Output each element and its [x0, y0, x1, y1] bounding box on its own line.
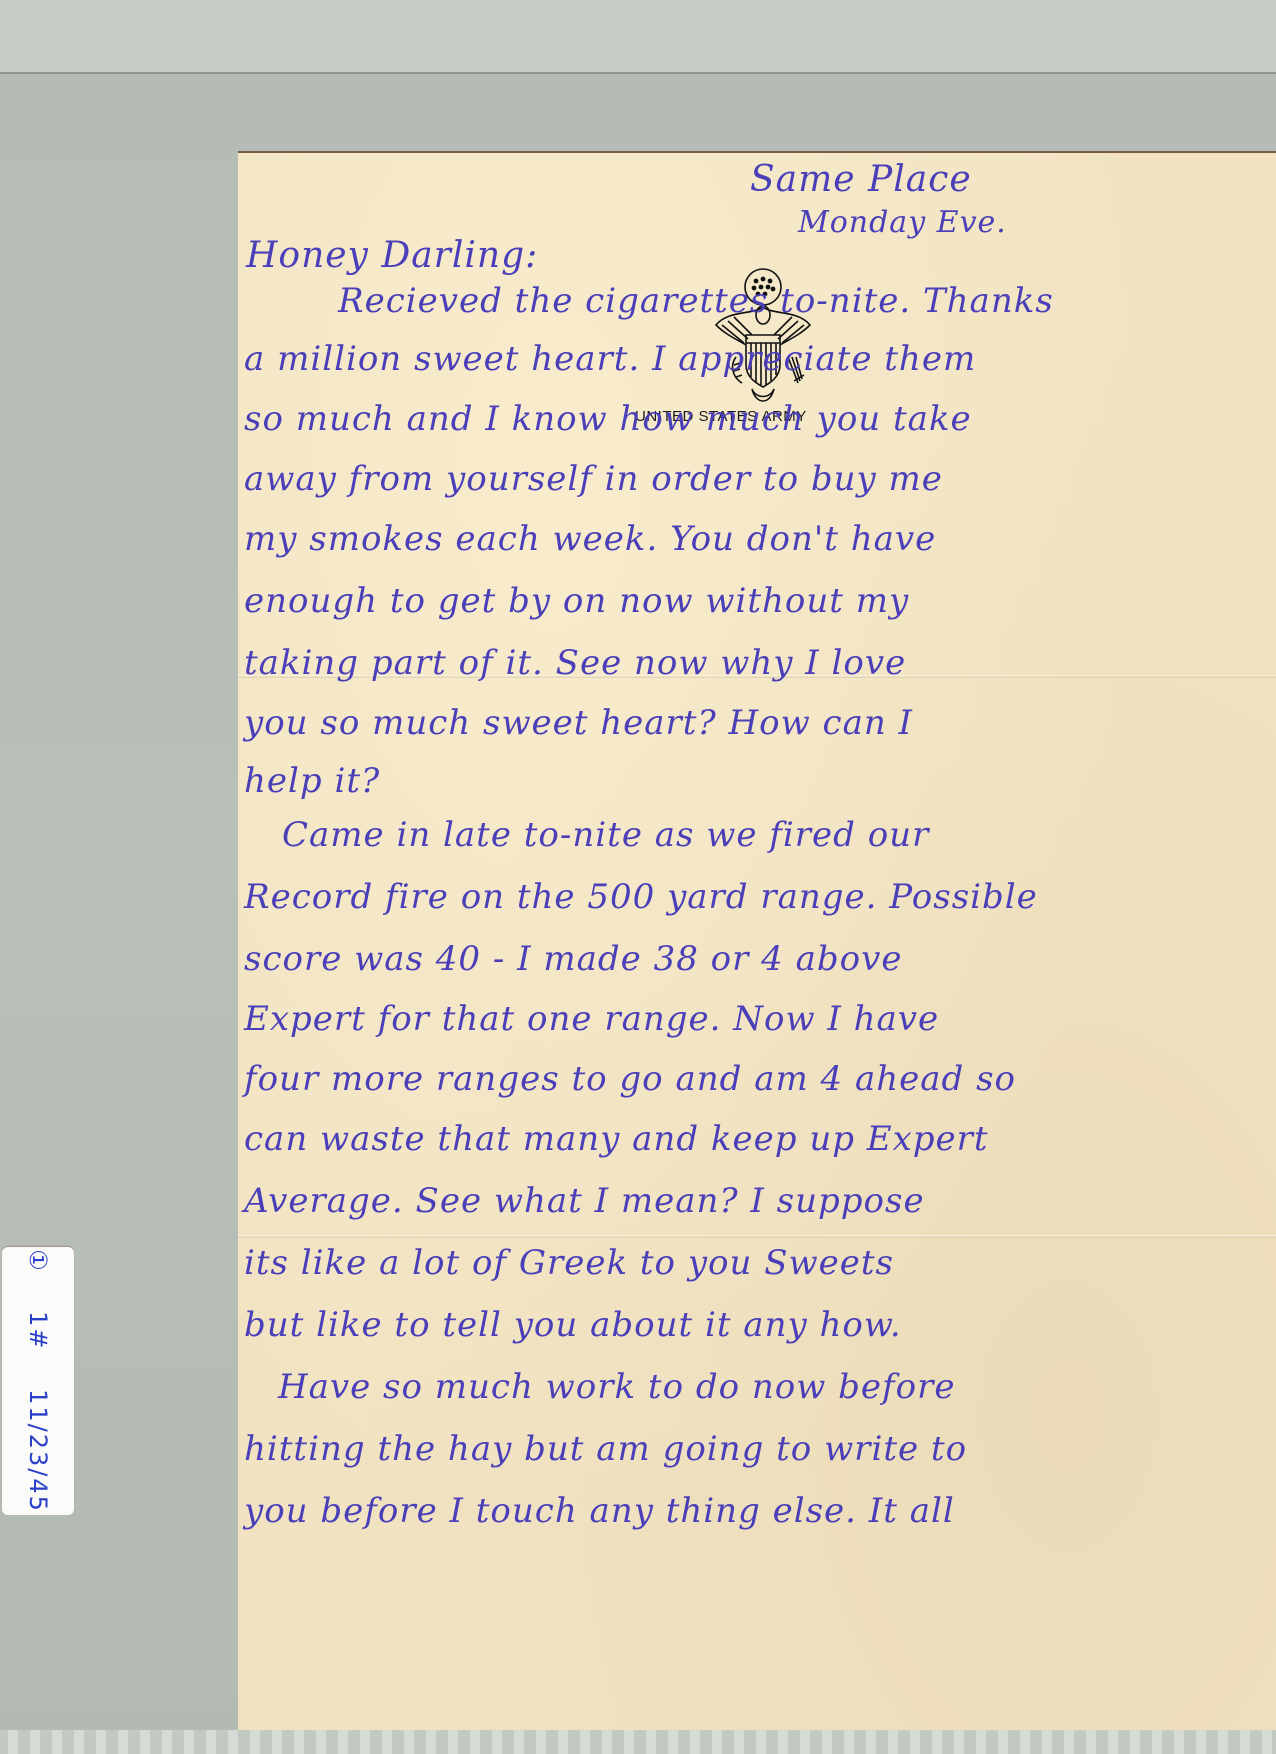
archive-label: ① 1# 11/23/45 — [2, 1247, 74, 1515]
header-place: Same Place — [750, 159, 972, 200]
letter-line: away from yourself in order to buy me — [244, 459, 943, 499]
letter-line: Recieved the cigarettes to-nite. Thanks — [338, 281, 1054, 321]
letter-line: enough to get by on now without my — [244, 581, 909, 621]
archive-label-text: ① 1# 11/23/45 — [24, 1249, 52, 1513]
letter-line: my smokes each week. You don't have — [244, 519, 936, 559]
letter-line: Have so much work to do now before — [278, 1367, 955, 1407]
letter-line: you so much sweet heart? How can I — [244, 703, 913, 743]
letter-line: Expert for that one range. Now I have — [244, 999, 939, 1039]
letter-line: Record fire on the 500 yard range. Possi… — [244, 877, 1038, 917]
letter-line: score was 40 - I made 38 or 4 above — [244, 939, 902, 979]
letter-line: taking part of it. See now why I love — [244, 643, 906, 683]
letter-line: Average. See what I mean? I suppose — [244, 1181, 925, 1221]
letter-line: but like to tell you about it any how. — [244, 1305, 902, 1345]
letter-page: UNITED STATES ARMY Same Place Monday Eve… — [238, 151, 1276, 1731]
letter-line: Came in late to-nite as we fired our — [282, 815, 929, 855]
letter-line: help it? — [244, 761, 380, 801]
letter-line: can waste that many and keep up Expert — [244, 1119, 989, 1159]
letter-line: its like a lot of Greek to you Sweets — [244, 1243, 894, 1283]
letter-line: hitting the hay but am going to write to — [244, 1429, 967, 1469]
letter-line: you before I touch any thing else. It al… — [244, 1491, 955, 1531]
archival-sleeve-top — [0, 0, 1276, 74]
item-number: 1# — [24, 1311, 52, 1350]
letter-line: four more ranges to go and am 4 ahead so — [244, 1059, 1016, 1099]
letter-line: so much and I know how much you take — [244, 399, 972, 439]
page-marker: ① — [24, 1249, 52, 1273]
archive-date: 11/23/45 — [24, 1389, 52, 1513]
salutation: Honey Darling: — [246, 235, 538, 276]
header-date: Monday Eve. — [798, 205, 1007, 240]
sleeve-perforation — [0, 1730, 1276, 1754]
fold-crease — [238, 1235, 1276, 1238]
letter-line: a million sweet heart. I appreciate them — [244, 339, 976, 379]
